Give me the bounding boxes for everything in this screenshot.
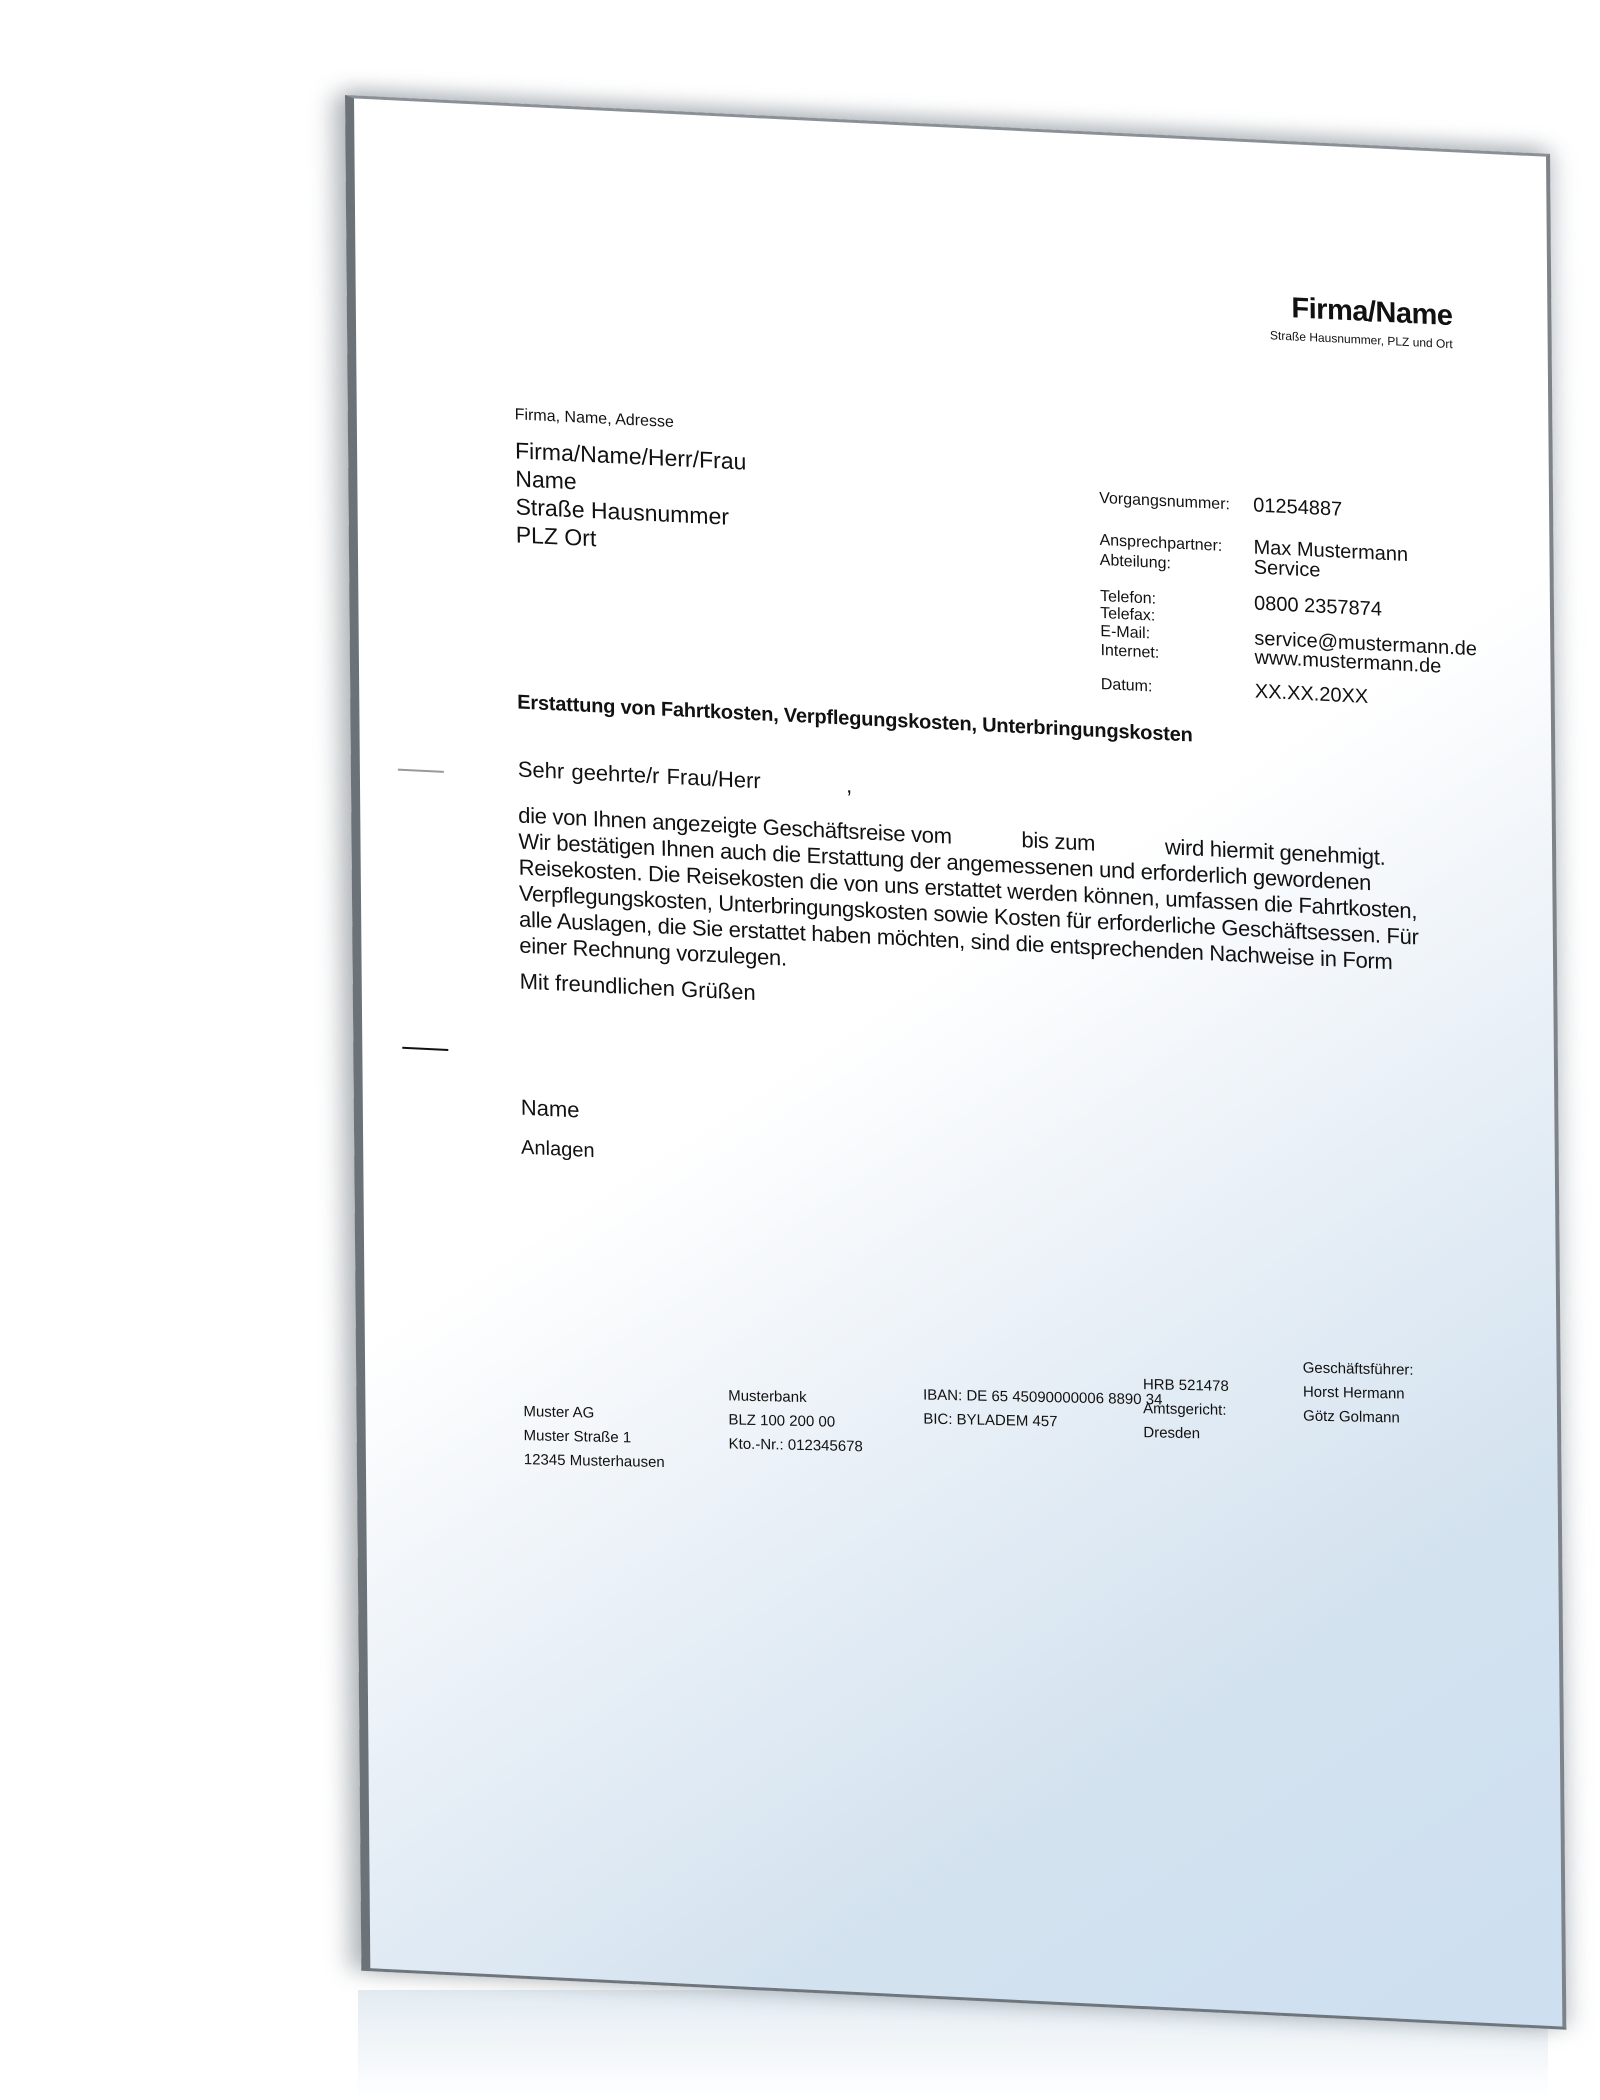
footer-line: BLZ 100 200 00 bbox=[728, 1408, 862, 1435]
footer-register: HRB 521478 Amtsgericht: Dresden bbox=[1143, 1373, 1230, 1447]
footer-line: Muster Straße 1 bbox=[524, 1424, 665, 1451]
letter-subject: Erstattung von Fahrtkosten, Verpflegungs… bbox=[517, 691, 1193, 747]
footer-line: Amtsgericht: bbox=[1143, 1397, 1229, 1423]
info-block: Vorgangsnummer: 01254887 Ansprechpartner… bbox=[1099, 490, 1519, 511]
info-label: Datum: bbox=[1101, 676, 1153, 697]
letter-footer: Muster AG Muster Straße 1 12345 Musterha… bbox=[523, 1335, 1483, 1355]
footer-iban: IBAN: DE 65 45090000006 8890 34 BIC: BYL… bbox=[923, 1384, 1163, 1437]
footer-company: Muster AG Muster Straße 1 12345 Musterha… bbox=[523, 1400, 665, 1475]
info-value: 01254887 bbox=[1253, 494, 1342, 521]
punch-mark bbox=[402, 1047, 448, 1051]
footer-line: Götz Golmann bbox=[1303, 1404, 1414, 1430]
info-value: 0800 2357874 bbox=[1254, 592, 1382, 621]
footer-bank: Musterbank BLZ 100 200 00 Kto.-Nr.: 0123… bbox=[728, 1384, 863, 1459]
footer-line: Dresden bbox=[1143, 1421, 1229, 1447]
footer-line: BIC: BYLADEM 457 bbox=[923, 1408, 1163, 1437]
footer-line: Kto.-Nr.: 012345678 bbox=[729, 1432, 863, 1459]
info-row-contact: Ansprechpartner: Max Mustermann bbox=[1099, 532, 1519, 553]
footer-line: Muster AG bbox=[523, 1400, 664, 1427]
info-label: Internet: bbox=[1100, 642, 1159, 663]
info-label: Vorgangsnummer: bbox=[1099, 490, 1230, 514]
footer-line: HRB 521478 bbox=[1143, 1373, 1229, 1399]
letterhead-company: Firma/Name bbox=[1291, 292, 1452, 333]
info-row-reference: Vorgangsnummer: 01254887 bbox=[1099, 490, 1519, 511]
closing-phrase: Mit freundlichen Grüßen bbox=[520, 969, 756, 1007]
footer-line: Horst Hermann bbox=[1303, 1380, 1414, 1406]
info-value: XX.XX.20XX bbox=[1255, 680, 1369, 709]
info-label: E-Mail: bbox=[1100, 623, 1150, 643]
info-row-phone: Telefon: 0800 2357874 bbox=[1100, 588, 1520, 609]
recipient-address: Firma/Name/Herr/Frau Name Straße Hausnum… bbox=[515, 436, 747, 559]
info-row-date: Datum: XX.XX.20XX bbox=[1101, 676, 1521, 697]
info-value: Service bbox=[1254, 556, 1321, 582]
info-row-email: E-Mail: service@mustermann.de bbox=[1100, 623, 1520, 644]
signature-name: Name bbox=[521, 1095, 580, 1124]
footer-line: Geschäftsführer: bbox=[1303, 1356, 1414, 1382]
footer-line: 12345 Musterhausen bbox=[524, 1448, 665, 1475]
enclosures-label: Anlagen bbox=[521, 1137, 595, 1164]
document-preview: Firma/Name Straße Hausnummer, PLZ und Or… bbox=[0, 0, 1600, 2100]
footer-management: Geschäftsführer: Horst Hermann Götz Golm… bbox=[1303, 1356, 1414, 1430]
info-label: Abteilung: bbox=[1100, 552, 1171, 573]
fold-mark-top bbox=[398, 769, 444, 773]
footer-line: Musterbank bbox=[728, 1384, 862, 1411]
sender-return-line: Firma, Name, Adresse bbox=[515, 406, 674, 432]
letter-page: Firma/Name Straße Hausnummer, PLZ und Or… bbox=[345, 95, 1566, 2030]
salutation: Sehr geehrte/r Frau/Herr , bbox=[518, 756, 853, 798]
